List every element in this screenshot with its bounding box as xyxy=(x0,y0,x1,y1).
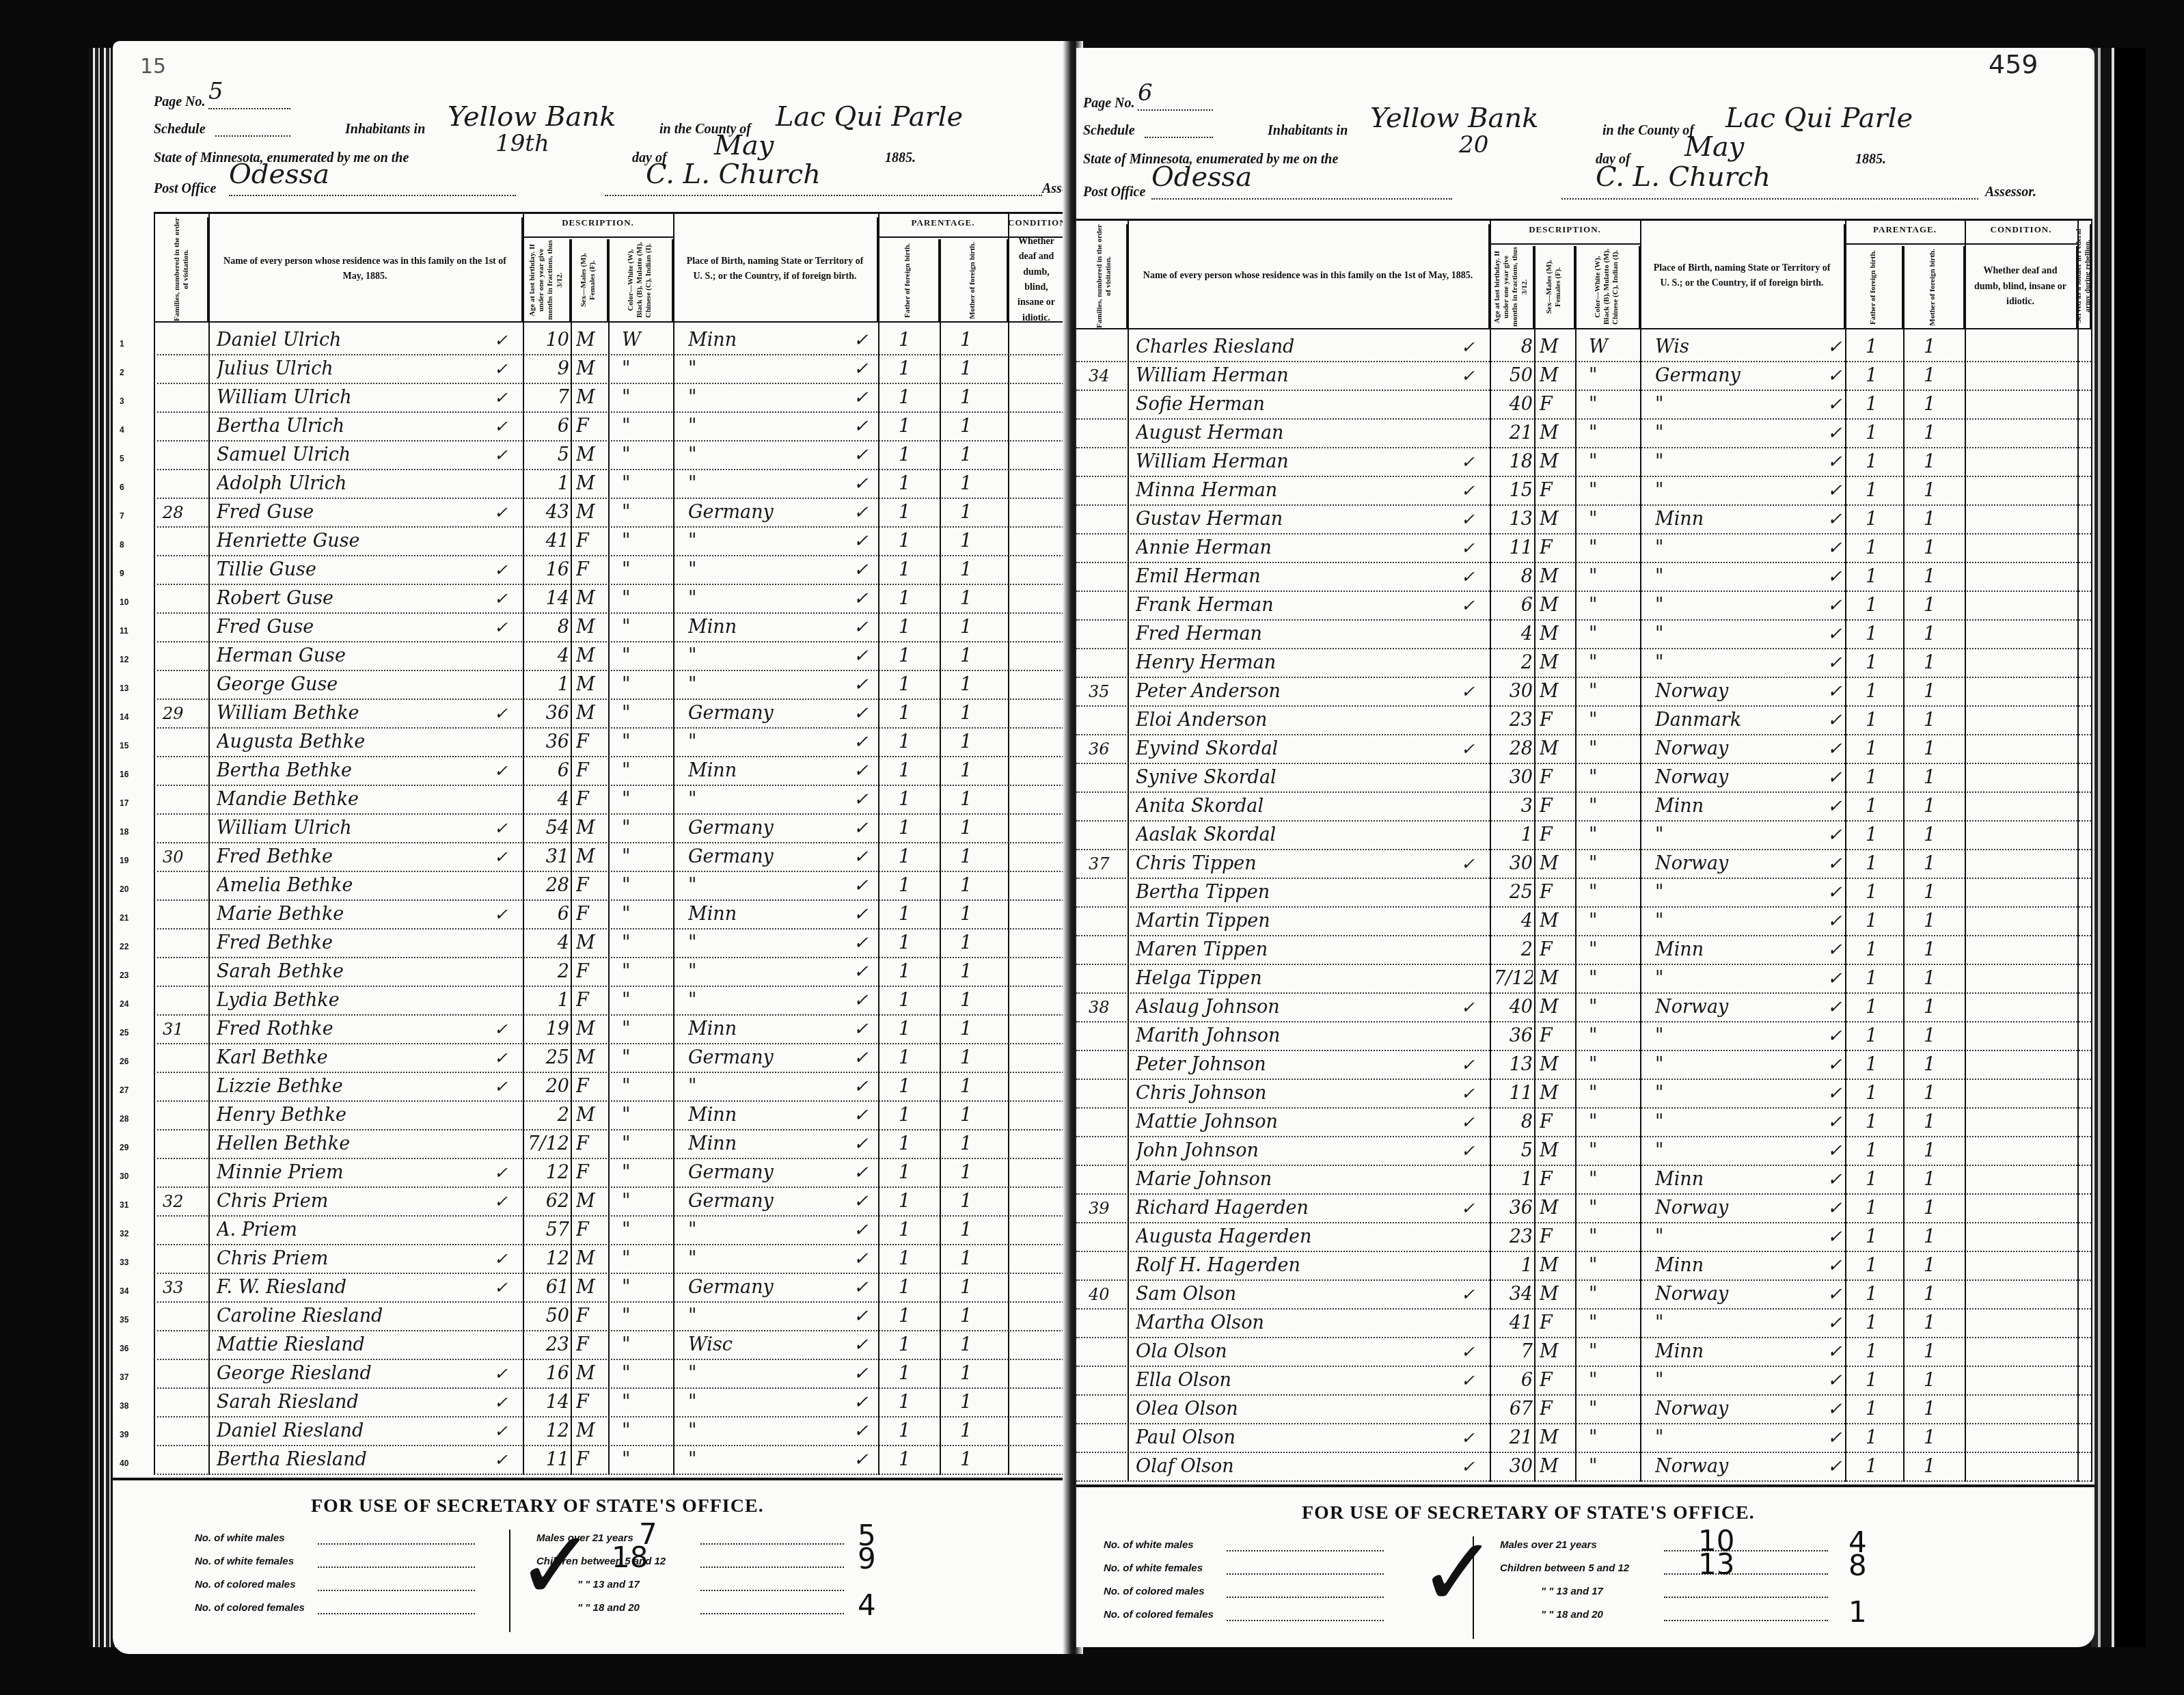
father-foreign: 1 xyxy=(1866,534,1893,562)
sex: M xyxy=(576,1016,607,1043)
footer-right-label: Males over 21 years xyxy=(1500,1539,1597,1551)
sex: F xyxy=(1540,879,1574,906)
age: 57 xyxy=(527,1217,569,1244)
father-foreign: 1 xyxy=(1866,1109,1893,1136)
mother-foreign: 1 xyxy=(960,671,987,699)
foreign-mark: ✓ xyxy=(854,786,878,813)
family-number xyxy=(163,872,204,899)
color: " xyxy=(1589,534,1637,562)
column-header-text: Mother of foreign birth. xyxy=(968,242,977,319)
color: " xyxy=(622,987,670,1014)
person-name: Fred Rothke xyxy=(217,1016,490,1043)
father-foreign: 1 xyxy=(899,1159,926,1186)
father-foreign: 1 xyxy=(1866,1424,1893,1452)
mother-foreign: 1 xyxy=(1924,793,1951,820)
age: 6 xyxy=(527,413,569,440)
father-foreign: 1 xyxy=(1866,707,1893,734)
sex: F xyxy=(576,958,607,986)
enumeration-mark: ✓ xyxy=(494,757,519,785)
mother-foreign: 1 xyxy=(960,442,987,469)
line-number: 31 xyxy=(120,1200,128,1210)
sex: M xyxy=(1540,420,1574,447)
page-no-label: Page No. xyxy=(1083,96,1135,111)
color: " xyxy=(622,1044,670,1072)
line-number: 27 xyxy=(120,1085,128,1095)
color: " xyxy=(622,1130,670,1158)
birthplace: Minn xyxy=(688,901,859,928)
footer-left-label: No. of white females xyxy=(195,1556,294,1567)
county-label: in the County of xyxy=(1602,123,1694,139)
father-foreign: 1 xyxy=(1866,678,1893,705)
family-number xyxy=(163,556,204,584)
color: " xyxy=(1589,1137,1637,1165)
mother-foreign: 1 xyxy=(960,1303,987,1330)
birthplace: " xyxy=(1655,965,1833,992)
column-rule xyxy=(1128,219,1129,1482)
birthplace: Germany xyxy=(688,843,859,871)
person-name: Aslaug Johnson xyxy=(1136,994,1457,1021)
table-row: Fred Guse✓8M"Minn✓11 xyxy=(154,614,1066,642)
sex: F xyxy=(576,1331,607,1359)
person-name: Eyvind Skordal xyxy=(1136,735,1457,763)
birthplace: " xyxy=(688,987,859,1014)
sex: F xyxy=(1540,1022,1574,1050)
sex: F xyxy=(576,1130,607,1158)
color: " xyxy=(1589,1166,1637,1193)
father-foreign: 1 xyxy=(1866,391,1893,418)
family-number xyxy=(163,1303,204,1330)
mother-foreign: 1 xyxy=(960,786,987,813)
check-mark-icon: ✓ xyxy=(1418,1525,1498,1621)
foreign-mark: ✓ xyxy=(854,528,878,555)
person-name: Lizzie Bethke xyxy=(217,1073,490,1100)
person-name: Minna Herman xyxy=(1136,477,1457,504)
table-row: 33F. W. Riesland✓61M"Germany✓11 xyxy=(154,1274,1066,1303)
table-row: Marith Johnson36F""✓11 xyxy=(1076,1022,2091,1051)
column-rule xyxy=(1903,246,1905,1482)
father-foreign: 1 xyxy=(899,1217,926,1244)
family-number xyxy=(163,1446,204,1474)
year-label: 1885. xyxy=(885,150,916,166)
table-row: 28Fred Guse✓43M"Germany✓11 xyxy=(154,499,1066,528)
enumeration-mark: ✓ xyxy=(1461,1051,1486,1079)
birthplace: " xyxy=(1655,908,1833,935)
father-foreign: 1 xyxy=(1866,735,1893,763)
family-number xyxy=(163,413,204,440)
birthplace: " xyxy=(1655,822,1833,849)
age: 1 xyxy=(527,671,569,699)
father-foreign: 1 xyxy=(1866,764,1893,791)
age: 5 xyxy=(527,442,569,469)
table-row: Paul Olson✓21M""✓11 xyxy=(1076,1424,2091,1453)
color: " xyxy=(1589,850,1637,878)
sex: M xyxy=(1540,1338,1574,1366)
column-header-text: Father of foreign birth. xyxy=(1869,250,1878,325)
person-name: William Ulrich xyxy=(217,815,490,842)
birthplace: " xyxy=(1655,649,1833,677)
age: 30 xyxy=(1494,678,1533,705)
assessor-value: C. L. Church xyxy=(646,159,821,190)
father-foreign: 1 xyxy=(1866,1453,1893,1480)
footer-right-line xyxy=(700,1613,844,1614)
father-foreign: 1 xyxy=(1866,334,1893,361)
father-foreign: 1 xyxy=(899,556,926,584)
foreign-mark: ✓ xyxy=(1827,793,1852,820)
table-row: Ella Olson✓6F""✓11 xyxy=(1076,1367,2091,1396)
enumeration-mark xyxy=(494,1217,519,1244)
table-row: Minnie Priem✓12F"Germany✓11 xyxy=(154,1159,1066,1188)
birthplace: Wisc xyxy=(688,1331,859,1359)
foreign-mark: ✓ xyxy=(1827,1137,1852,1165)
table-row: Olaf Olson✓30M"Norway✓11 xyxy=(1076,1453,2091,1482)
foreign-mark: ✓ xyxy=(1827,477,1852,504)
line-number: 19 xyxy=(120,856,128,865)
person-name: Julius Ulrich xyxy=(217,355,490,383)
group-header-parentage: PARENTAGE. xyxy=(1845,224,1965,245)
enumeration-mark: ✓ xyxy=(494,499,519,526)
line-number: 39 xyxy=(120,1430,128,1439)
family-number xyxy=(163,671,204,699)
footer-right-label: Children between 5 and 12 xyxy=(1500,1562,1629,1574)
father-foreign: 1 xyxy=(899,1418,926,1445)
birthplace: Minn xyxy=(688,614,859,641)
family-number xyxy=(1089,879,1130,906)
enumeration-mark: ✓ xyxy=(494,700,519,727)
assessor-value: C. L. Church xyxy=(1596,161,1771,193)
foreign-mark: ✓ xyxy=(1827,908,1852,935)
footer-right-line xyxy=(700,1590,844,1591)
column-header-family-no: Families, numbered in the order of visit… xyxy=(157,217,208,321)
enumeration-mark: ✓ xyxy=(1461,334,1486,361)
corner-note: 15 xyxy=(140,55,166,79)
age: 50 xyxy=(1494,362,1533,390)
enumeration-mark xyxy=(494,930,519,957)
birthplace: Minn xyxy=(688,327,859,354)
table-row: 36Eyvind Skordal✓28M"Norway✓11 xyxy=(1076,735,2091,764)
color: " xyxy=(1589,592,1637,619)
mother-foreign: 1 xyxy=(1924,563,1951,591)
color: " xyxy=(622,930,670,957)
footer-right-line xyxy=(1664,1550,1828,1551)
footer-right-label: " " 18 and 20 xyxy=(1541,1609,1603,1621)
foreign-mark: ✓ xyxy=(854,614,878,641)
enumeration-mark xyxy=(494,872,519,899)
family-number xyxy=(1089,448,1130,476)
archive-stamp: 459 xyxy=(1989,49,2038,79)
enumeration-mark xyxy=(494,958,519,986)
sex: F xyxy=(576,901,607,928)
sex: M xyxy=(576,642,607,670)
footer-right-line xyxy=(1664,1620,1828,1621)
birthplace: " xyxy=(1655,1223,1833,1251)
table-row: Mattie Riesland23F"Wisc✓11 xyxy=(154,1331,1066,1360)
footer-left-label: No. of colored males xyxy=(195,1579,296,1590)
color: " xyxy=(622,642,670,670)
table-row: Karl Bethke✓25M"Germany✓11 xyxy=(154,1044,1066,1073)
age: 10 xyxy=(527,327,569,354)
enumeration-mark: ✓ xyxy=(1461,1195,1486,1222)
sex: F xyxy=(576,1159,607,1186)
table-row: Olea Olson67F"Norway✓11 xyxy=(1076,1396,2091,1424)
column-rule xyxy=(154,212,155,1475)
mother-foreign: 1 xyxy=(960,1188,987,1215)
mother-foreign: 1 xyxy=(960,729,987,756)
line-number: 12 xyxy=(120,655,128,664)
age: 25 xyxy=(527,1044,569,1072)
post-office-label: Post Office xyxy=(1083,185,1145,200)
sex: M xyxy=(576,1188,607,1215)
person-name: Marie Bethke xyxy=(217,901,490,928)
birthplace: Minn xyxy=(1655,1252,1833,1279)
column-rule xyxy=(1534,246,1535,1482)
column-header-birthplace: Place of Birth, naming State or Territor… xyxy=(673,217,878,321)
column-rule xyxy=(1008,212,1009,1475)
mother-foreign: 1 xyxy=(960,384,987,411)
age: 7 xyxy=(1494,1338,1533,1366)
check-mark-icon: ✓ xyxy=(516,1519,596,1614)
mother-foreign: 1 xyxy=(1924,1022,1951,1050)
person-name: Henry Bethke xyxy=(217,1102,490,1129)
foreign-mark: ✓ xyxy=(854,901,878,928)
mother-foreign: 1 xyxy=(960,1389,987,1416)
sex: M xyxy=(576,442,607,469)
mother-foreign: 1 xyxy=(960,1245,987,1273)
line-number: 36 xyxy=(120,1344,128,1353)
table-row: Sofie Herman40F""✓11 xyxy=(1076,391,2091,420)
line-number: 10 xyxy=(120,597,128,607)
age: 23 xyxy=(527,1331,569,1359)
table-row: Hellen Bethke7/12F"Minn✓11 xyxy=(154,1130,1066,1159)
age: 1 xyxy=(1494,1252,1533,1279)
table-row: Charles Riesland✓8MWWis✓11 xyxy=(1076,334,2091,362)
foreign-mark: ✓ xyxy=(1827,1281,1852,1308)
age: 6 xyxy=(1494,1367,1533,1394)
sex: M xyxy=(1540,965,1574,992)
father-foreign: 1 xyxy=(1866,592,1893,619)
column-header-name: Name of every person whose residence was… xyxy=(208,217,523,321)
birthplace: Germany xyxy=(688,499,859,526)
line-number: 16 xyxy=(120,770,128,779)
father-foreign: 1 xyxy=(1866,793,1893,820)
column-header-text: Color—White (W), Black (B), Mulatto (M),… xyxy=(1594,246,1621,328)
color: " xyxy=(622,384,670,411)
mother-foreign: 1 xyxy=(960,1360,987,1387)
foreign-mark: ✓ xyxy=(854,384,878,411)
column-header-text: Name of every person whose residence was… xyxy=(1134,269,1482,284)
color: " xyxy=(1589,764,1637,791)
birthplace: " xyxy=(688,1418,859,1445)
family-number xyxy=(163,1102,204,1129)
enumeration-mark: ✓ xyxy=(1461,477,1486,504)
father-foreign: 1 xyxy=(899,413,926,440)
enumeration-mark xyxy=(1461,822,1486,849)
mother-foreign: 1 xyxy=(960,585,987,612)
birthplace: " xyxy=(688,470,859,498)
foreign-mark: ✓ xyxy=(1827,563,1852,591)
family-number xyxy=(1089,420,1130,447)
family-number: 36 xyxy=(1089,735,1130,763)
father-foreign: 1 xyxy=(1866,477,1893,504)
line-number: 20 xyxy=(120,884,128,894)
age: 36 xyxy=(1494,1195,1533,1222)
father-foreign: 1 xyxy=(1866,879,1893,906)
line-number: 28 xyxy=(120,1114,128,1124)
page-no-label: Page No. xyxy=(154,94,206,110)
birthplace: " xyxy=(688,355,859,383)
column-rule xyxy=(208,212,210,1475)
table-row: Maren Tippen2F"Minn✓11 xyxy=(1076,936,2091,965)
birthplace: " xyxy=(1655,879,1833,906)
mother-foreign: 1 xyxy=(960,1044,987,1072)
sex: F xyxy=(1540,477,1574,504)
person-name: Daniel Ulrich xyxy=(217,327,490,354)
person-name: Henriette Guse xyxy=(217,528,490,555)
table-row: Julius Ulrich✓9M""✓11 xyxy=(154,355,1066,384)
enumeration-mark xyxy=(1461,936,1486,964)
color: " xyxy=(1589,1310,1637,1337)
table-row: Emil Herman✓8M""✓11 xyxy=(1076,563,2091,592)
column-header-sex: Sex—Males (M), Females (F). xyxy=(1534,246,1575,328)
footer-right-line xyxy=(700,1543,844,1545)
color: " xyxy=(622,470,670,498)
age: 30 xyxy=(1494,850,1533,878)
table-row: Sarah Riesland✓14F""✓11 xyxy=(154,1389,1066,1418)
enumeration-mark xyxy=(1461,1022,1486,1050)
age: 30 xyxy=(1494,1453,1533,1480)
color: " xyxy=(1589,1022,1637,1050)
column-rule xyxy=(878,212,879,1475)
column-rule xyxy=(523,212,524,1475)
birthplace: Germany xyxy=(688,1159,859,1186)
foreign-mark: ✓ xyxy=(1827,534,1852,562)
birthplace: Germany xyxy=(688,1044,859,1072)
person-name: Bertha Bethke xyxy=(217,757,490,785)
foreign-mark: ✓ xyxy=(854,729,878,756)
page-no-line xyxy=(1138,109,1213,111)
family-number xyxy=(1089,1453,1130,1480)
line-number: 22 xyxy=(120,942,128,951)
enumeration-mark xyxy=(494,470,519,498)
birthplace: Minn xyxy=(688,1130,859,1158)
enumeration-mark: ✓ xyxy=(494,1418,519,1445)
census-page-left: 15 Page No. 5 Schedule Inhabitants in Ye… xyxy=(113,41,1073,1654)
color: " xyxy=(622,671,670,699)
table-row: John Johnson✓5M""✓11 xyxy=(1076,1137,2091,1166)
foreign-mark: ✓ xyxy=(854,1245,878,1273)
mother-foreign: 1 xyxy=(960,958,987,986)
mother-foreign: 1 xyxy=(960,930,987,957)
sex: M xyxy=(1540,563,1574,591)
foreign-mark: ✓ xyxy=(854,872,878,899)
color: " xyxy=(1589,707,1637,734)
father-foreign: 1 xyxy=(899,901,926,928)
table-row: Lizzie Bethke✓20F""✓11 xyxy=(154,1073,1066,1102)
family-number xyxy=(1089,1310,1130,1337)
day-value: 19th xyxy=(495,130,549,157)
inhabitants-value: Yellow Bank xyxy=(1370,103,1538,134)
enumeration-mark xyxy=(1461,707,1486,734)
foreign-mark: ✓ xyxy=(854,1274,878,1301)
father-foreign: 1 xyxy=(1866,1310,1893,1337)
birthplace: Germany xyxy=(688,1188,859,1215)
table-row: 37Chris Tippen✓30M"Norway✓11 xyxy=(1076,850,2091,879)
footer-value-b: 1 xyxy=(1848,1595,1867,1629)
foreign-mark: ✓ xyxy=(854,355,878,383)
person-name: Bertha Ulrich xyxy=(217,413,490,440)
mother-foreign: 1 xyxy=(960,327,987,354)
table-row: Ola Olson✓7M"Minn✓11 xyxy=(1076,1338,2091,1367)
father-foreign: 1 xyxy=(1866,1223,1893,1251)
family-number xyxy=(1089,1223,1130,1251)
foreign-mark: ✓ xyxy=(854,556,878,584)
enumeration-mark xyxy=(494,1130,519,1158)
sex: M xyxy=(1540,506,1574,533)
column-header-color: Color—White (W), Black (B), Mulatto (M),… xyxy=(608,239,673,321)
line-number: 37 xyxy=(120,1372,128,1382)
line-number: 9 xyxy=(120,569,124,578)
family-number xyxy=(163,442,204,469)
day-value: 20 xyxy=(1459,131,1488,159)
footer-title: FOR USE OF SECRETARY OF STATE'S OFFICE. xyxy=(1302,1502,1755,1524)
foreign-mark: ✓ xyxy=(854,1303,878,1330)
foreign-mark: ✓ xyxy=(854,958,878,986)
person-name: Augusta Bethke xyxy=(217,729,490,756)
mother-foreign: 1 xyxy=(960,1418,987,1445)
color: " xyxy=(622,1418,670,1445)
birthplace: " xyxy=(1655,1424,1833,1452)
mother-foreign: 1 xyxy=(960,1159,987,1186)
person-name: George Riesland xyxy=(217,1360,490,1387)
family-number xyxy=(163,1360,204,1387)
color: " xyxy=(622,499,670,526)
age: 11 xyxy=(1494,1080,1533,1107)
color: " xyxy=(1589,1396,1637,1423)
mother-foreign: 1 xyxy=(960,1073,987,1100)
mother-foreign: 1 xyxy=(1924,965,1951,992)
sex: M xyxy=(1540,994,1574,1021)
census-page-right: 459 Page No. 6 Schedule Inhabitants in Y… xyxy=(1076,48,2094,1647)
foreign-mark: ✓ xyxy=(1827,334,1852,361)
table-row: Robert Guse✓14M""✓11 xyxy=(154,585,1066,614)
table-row: George Guse1M""✓11 xyxy=(154,671,1066,700)
birthplace: Minn xyxy=(1655,793,1833,820)
color: " xyxy=(1589,1051,1637,1079)
person-name: Chris Priem xyxy=(217,1245,490,1273)
mother-foreign: 1 xyxy=(960,1331,987,1359)
sex: M xyxy=(576,1044,607,1072)
birthplace: " xyxy=(688,384,859,411)
mother-foreign: 1 xyxy=(1924,448,1951,476)
father-foreign: 1 xyxy=(899,327,926,354)
age: 18 xyxy=(1494,448,1533,476)
person-name: Herman Guse xyxy=(217,642,490,670)
column-header-text: Families, numbered in the order of visit… xyxy=(1095,224,1113,328)
family-number xyxy=(1089,1137,1130,1165)
family-number: 29 xyxy=(163,700,204,727)
footer-left-line xyxy=(1227,1620,1384,1621)
column-rule xyxy=(1575,246,1576,1482)
column-header-deaf: Whether deaf and dumb, blind, insane or … xyxy=(1965,246,2077,328)
enumeration-mark: ✓ xyxy=(1461,1137,1486,1165)
father-foreign: 1 xyxy=(1866,621,1893,648)
mother-foreign: 1 xyxy=(1924,1281,1951,1308)
foreign-mark: ✓ xyxy=(854,1360,878,1387)
table-row: Anita Skordal3F"Minn✓11 xyxy=(1076,793,2091,822)
person-name: Anita Skordal xyxy=(1136,793,1457,820)
table-row: 40Sam Olson✓34M"Norway✓11 xyxy=(1076,1281,2091,1310)
column-rule xyxy=(2077,219,2079,1482)
sex: F xyxy=(1540,936,1574,964)
